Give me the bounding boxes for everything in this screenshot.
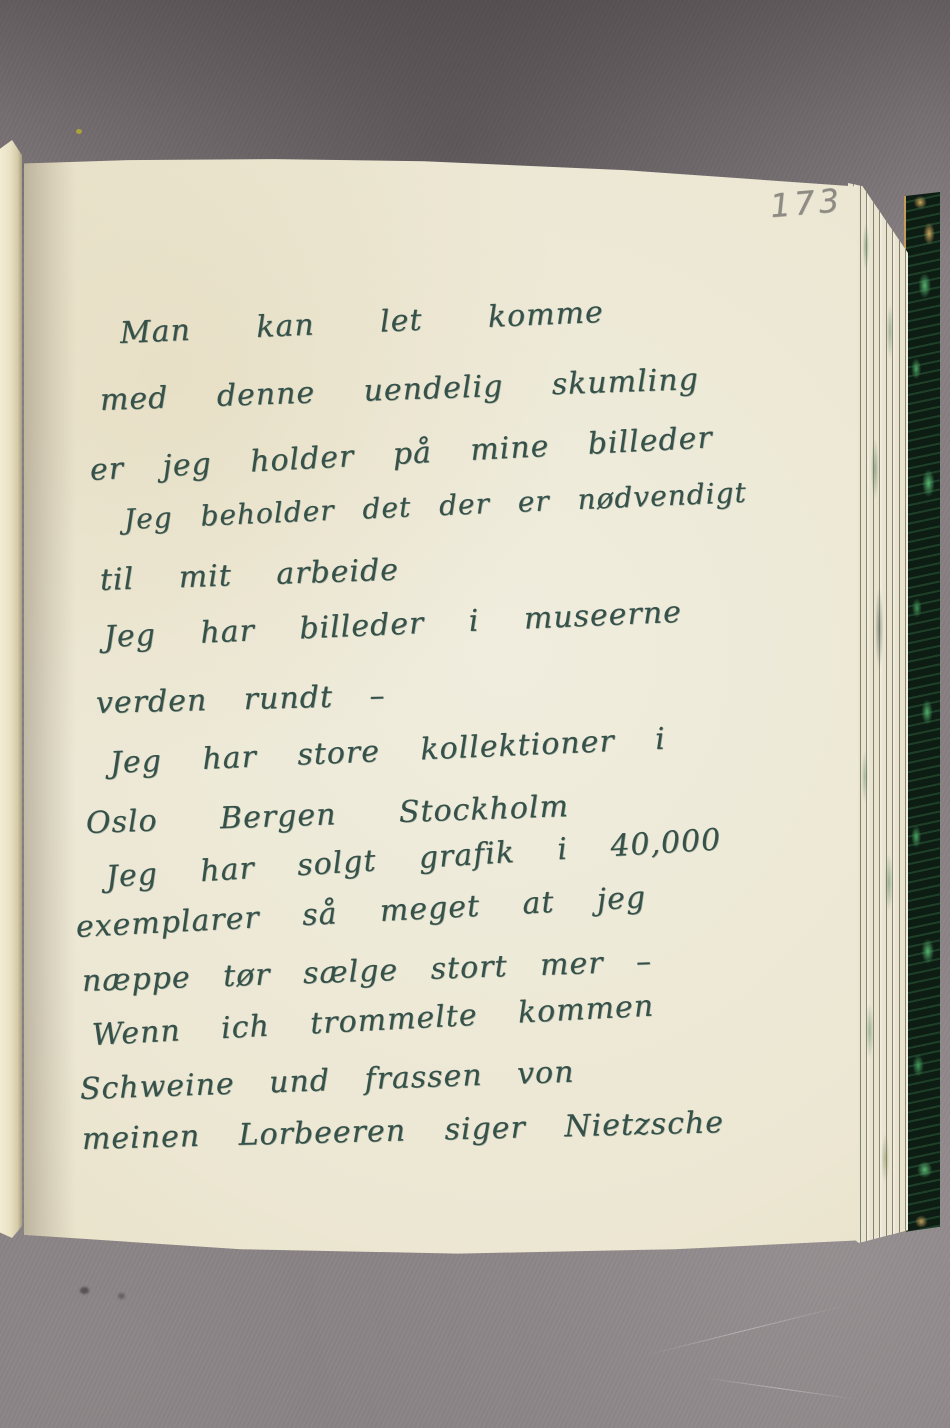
book-cover-marbled-edge xyxy=(904,192,940,1232)
handwriting-line-9: Oslo Bergen Stockholm xyxy=(85,789,569,841)
notebook-page: 173 Man kan let komme med denne uendelig… xyxy=(24,158,858,1258)
photo-canvas: 173 Man kan let komme med denne uendelig… xyxy=(0,0,950,1428)
handwriting-line-5: til mit arbeide xyxy=(99,553,399,598)
handwriting-line-12: næppe tør sælge stort mer – xyxy=(81,944,652,999)
dust-speck xyxy=(76,129,82,134)
handwriting-line-1: Man kan let komme xyxy=(119,295,604,351)
page-number: 173 xyxy=(768,181,844,225)
handwriting-line-6: Jeg har billeder i museerne xyxy=(103,595,682,655)
facing-page-edge xyxy=(0,140,22,1238)
handwriting-line-8: Jeg har store kollektioner i xyxy=(109,722,666,781)
handwriting-line-13: Wenn ich trommelte kommen xyxy=(91,989,655,1053)
dust-speck xyxy=(80,1287,89,1294)
handwriting-line-7: verden rundt – xyxy=(96,678,386,721)
handwriting-line-15: meinen Lorbeeren siger Nietzsche xyxy=(82,1105,725,1157)
handwriting-line-3: er jeg holder på mine billeder xyxy=(89,420,714,488)
dust-speck xyxy=(118,1293,125,1299)
gutter-shadow xyxy=(24,158,76,1258)
handwriting-line-2: med denne uendelig skumling xyxy=(99,362,699,418)
handwriting-line-14: Schweine und frassen von xyxy=(79,1055,575,1107)
felt-scratch xyxy=(701,1377,860,1400)
handwriting-line-4: Jeg beholder det der er nødvendigt xyxy=(123,476,747,536)
felt-scratch xyxy=(643,1305,847,1357)
